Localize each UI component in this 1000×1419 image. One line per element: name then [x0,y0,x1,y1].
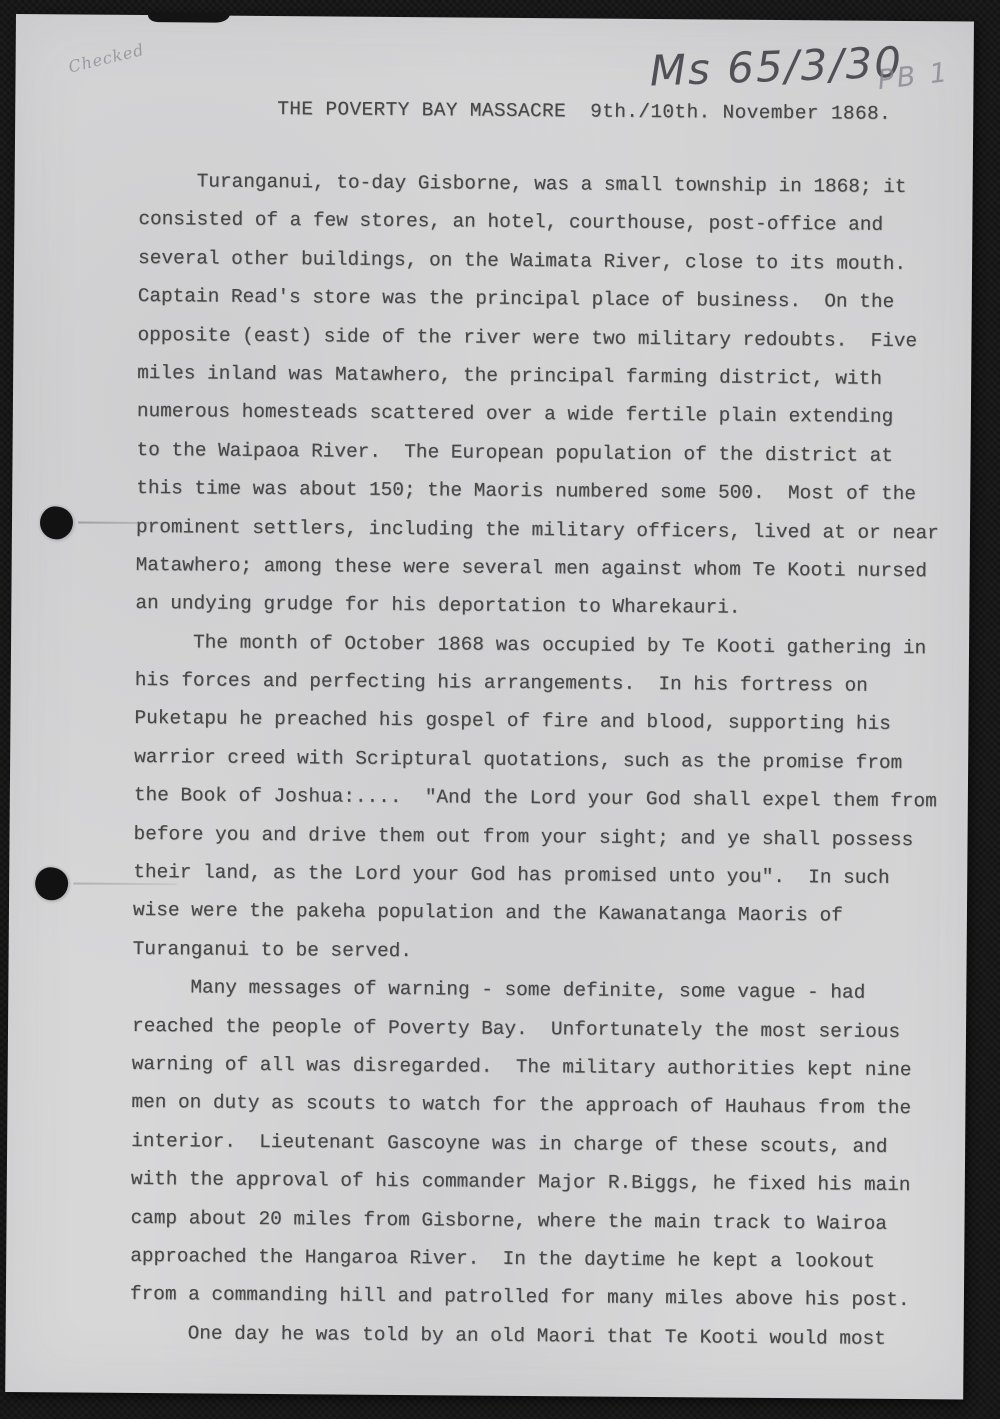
typed-line: consisted of a few stores, an hotel, cou… [138,200,941,245]
typed-line: Many messages of warning - some definite… [132,968,935,1013]
typed-line: camp about 20 miles from Gisborne, where… [130,1198,933,1243]
typed-line: before you and drive them out from your … [133,815,936,860]
typed-line: Turanganui to be served. [133,930,936,975]
typed-line: prominent settlers, including the milita… [136,507,939,552]
handwritten-checked-note: Checked [67,40,147,77]
typed-line: opposite (east) side of the river were t… [137,316,940,361]
typed-line: Turanganui, to-day Gisborne, was a small… [139,162,942,207]
typed-line: One day he was told by an old Maori that… [129,1314,932,1359]
typed-line: to the Waipaoa River. The European popul… [136,431,939,476]
typed-line: The month of October 1868 was occupied b… [135,623,938,668]
typed-line: several other buildings, on the Waimata … [138,239,941,284]
typed-line: men on duty as scouts to watch for the a… [131,1083,934,1128]
pencil-dash-bottom [73,882,177,885]
typed-line: this time was about 150; the Maoris numb… [136,469,939,514]
typed-line: Captain Read's store was the principal p… [138,277,941,322]
typed-line: numerous homesteads scattered over a wid… [137,392,940,437]
document-title: THE POVERTY BAY MASSACRE 9th./10th. Nove… [277,98,891,125]
typed-line: an undying grudge for his deportation to… [135,584,938,629]
paper-sheet: Checked Ms 65/3/30 PB 1 THE POVERTY BAY … [5,14,974,1399]
typed-line: from a commanding hill and patrolled for… [130,1275,933,1320]
document-body: Turanganui, to-day Gisborne, was a small… [129,162,941,1358]
typed-line: reached the people of Poverty Bay. Unfor… [132,1007,935,1052]
typed-line: miles inland was Matawhero, the principa… [137,354,940,399]
pencil-dash-top [78,522,166,525]
typed-line: their land, as the Lord your God has pro… [133,853,936,898]
scan-backdrop: { "annotations": { "checked": "Checked",… [0,0,1000,1419]
typed-line: with the approval of his commander Major… [131,1160,934,1205]
typed-line: wise were the pakeha population and the … [133,891,936,936]
typed-line: his forces and perfecting his arrangemen… [135,661,938,706]
typed-line: warning of all was disregarded. The mili… [132,1045,935,1090]
typed-line: Puketapu he preached his gospel of fire … [134,699,937,744]
typed-line: interior. Lieutenant Gascoyne was in cha… [131,1122,934,1167]
punch-hole-bottom [35,867,68,900]
punch-hole-top [40,506,73,539]
typed-line: warrior creed with Scriptural quotations… [134,738,937,783]
typed-line: approached the Hangaroa River. In the da… [130,1237,933,1282]
typed-line: the Book of Joshua:.... "And the Lord yo… [134,776,937,821]
torn-edge-notch [148,12,230,23]
handwritten-ms-reference: Ms 65/3/30 [649,37,904,95]
typed-line: Matawhero; among these were several men … [136,546,939,591]
